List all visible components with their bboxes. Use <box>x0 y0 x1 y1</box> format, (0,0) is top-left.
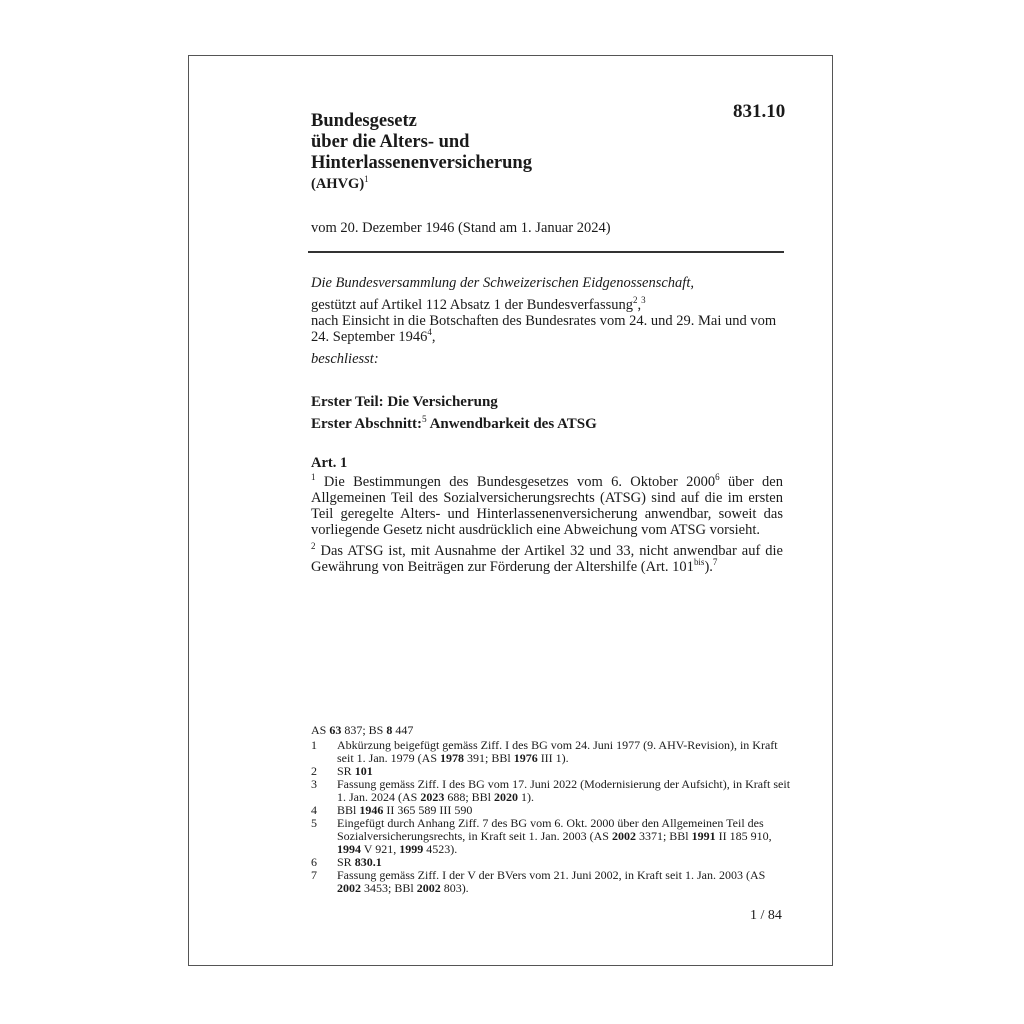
resolves: beschliesst: <box>311 351 781 367</box>
footnote-ref[interactable]: 7 <box>713 557 718 567</box>
footnote-item: 5Eingefügt durch Anhang Ziff. 7 des BG v… <box>311 817 791 856</box>
section-heading: Erster Abschnitt:5 Anwendbarkeit des ATS… <box>311 416 597 433</box>
footnote-ref[interactable]: 1 <box>364 174 369 184</box>
footnote-number: 1 <box>311 739 337 765</box>
footnote-ref[interactable]: 3 <box>641 295 646 305</box>
footnote-item: 7Fassung gemäss Ziff. I der V der BVers … <box>311 869 791 895</box>
footnotes: AS 63 837; BS 8 447 1Abkürzung beigefügt… <box>311 724 791 895</box>
message-reference: nach Einsicht in die Botschaften des Bun… <box>311 313 781 345</box>
footnote-number: 7 <box>311 869 337 895</box>
footnote-text: Fassung gemäss Ziff. I des BG vom 17. Ju… <box>337 778 791 804</box>
footnote-text: Fassung gemäss Ziff. I der V der BVers v… <box>337 869 791 895</box>
footnote-number: 3 <box>311 778 337 804</box>
source-reference: AS 63 837; BS 8 447 <box>311 724 791 737</box>
footnote-item: 3Fassung gemäss Ziff. I des BG vom 17. J… <box>311 778 791 804</box>
preamble: Die Bundesversammlung der Schweizerische… <box>311 275 781 367</box>
article-heading: Art. 1 <box>311 455 347 472</box>
title-divider <box>308 251 784 253</box>
legal-basis: gestützt auf Artikel 112 Absatz 1 der Bu… <box>311 297 781 313</box>
page-number: 1 / 84 <box>750 908 782 924</box>
article-paragraph: 1 Die Bestimmungen des Bundesgesetzes vo… <box>311 474 783 538</box>
issuer: Die Bundesversammlung der Schweizerische… <box>311 275 781 291</box>
date-line: vom 20. Dezember 1946 (Stand am 1. Janua… <box>311 220 611 237</box>
sr-number: 831.10 <box>733 101 785 123</box>
footnote-number: 5 <box>311 817 337 856</box>
title-line: Bundesgesetz <box>311 111 532 132</box>
title-line: über die Alters- und <box>311 132 532 153</box>
footnote-text: Abkürzung beigefügt gemäss Ziff. I des B… <box>337 739 791 765</box>
footnote-item: 1Abkürzung beigefügt gemäss Ziff. I des … <box>311 739 791 765</box>
title-line: Hinterlassenenversicherung <box>311 153 532 174</box>
part-heading: Erster Teil: Die Versicherung <box>311 394 498 411</box>
footnote-text: Eingefügt durch Anhang Ziff. 7 des BG vo… <box>337 817 791 856</box>
document-title: Bundesgesetz über die Alters- und Hinter… <box>311 111 532 174</box>
law-abbreviation: (AHVG)1 <box>311 176 369 193</box>
article-paragraph: 2 Das ATSG ist, mit Ausnahme der Artikel… <box>311 543 783 575</box>
